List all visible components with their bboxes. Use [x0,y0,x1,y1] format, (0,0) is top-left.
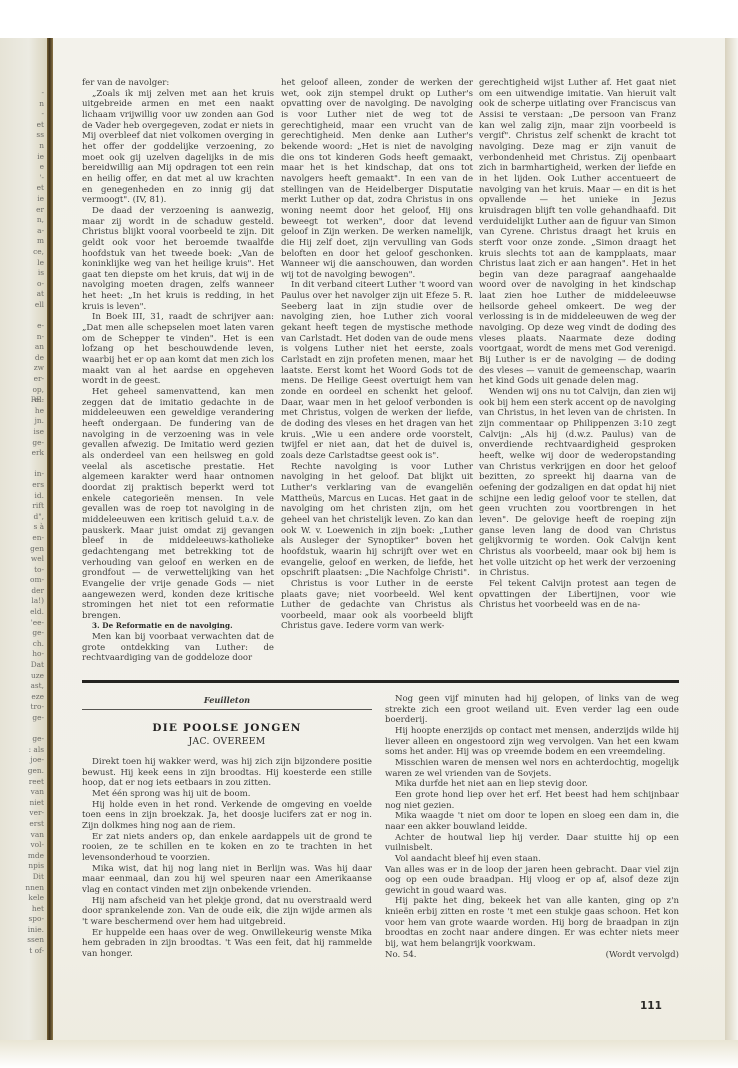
paragraph: Hij holde even in het rond. Verkende de … [82,800,372,832]
previous-page-edge: - n - et ss n ie e '- et ie er n, a- m c… [0,38,48,1068]
feuilleton-ending: No. 54. (Wordt vervolgd) [385,950,679,961]
article-column-3: gerechtigheid wijst Luther af. Het gaat … [479,78,676,611]
page-number: 111 [640,1000,662,1012]
paragraph: De daad der verzoening is aanwezig, maar… [82,206,274,313]
feuilleton-section-label: Feuilleton [82,695,372,705]
scan-top-margin [0,0,738,38]
to-be-continued-note: (Wordt vervolgd) [606,950,679,961]
article-column-2: het geloof alleen, zonder de werken der … [281,78,473,632]
paragraph: Mika waagde 't niet om door te lopen en … [385,811,679,832]
paragraph: het geloof alleen, zonder de werken der … [281,78,473,280]
paragraph: Hij nam afscheid van het plekje grond, d… [82,896,372,928]
installment-number: No. 54. [385,950,417,961]
paragraph: Mika durfde het niet aan en liep stevig … [385,779,679,790]
paragraph: Er zat niets anders op, dan enkele aarda… [82,832,372,864]
section-subheading: 3. De Reformatie en de navolging. [82,621,274,632]
paragraph: Met één sprong was hij uit de boom. [82,789,372,800]
paragraph: „Zoals ik mij zelven met aan het kruis u… [82,89,274,206]
scan-bottom-margin [0,1040,738,1068]
story-author: JAC. OVEREEM [82,736,372,747]
paragraph: Wenden wij ons nu tot Calvijn, dan zien … [479,387,676,579]
page-right-edge [725,38,738,1068]
paragraph: Hij pakte het ding, bekeek het van alle … [385,896,679,949]
paragraph: Misschien waren de mensen wel nors en ac… [385,758,679,779]
feuilleton-header-rule [82,709,372,710]
paragraph: Fel tekent Calvijn protest aan tegen de … [479,579,676,611]
paragraph: gerechtigheid wijst Luther af. Het gaat … [479,78,676,387]
paragraph: Er huppelde een haas over de weg. Onwill… [82,928,372,960]
paragraph: Het geheel samenvattend, kan men zeggen … [82,387,274,621]
paragraph: Nog geen vijf minuten had hij gelopen, o… [385,694,679,726]
paragraph: In dit verband citeert Luther 't woord v… [281,280,473,461]
paragraph: Achter de houtwal liep hij verder. Daar … [385,833,679,854]
section-divider-rule [82,680,679,683]
paragraph: Men kan bij voorbaat verwachten dat de g… [82,632,274,664]
paragraph: In Boek III, 31, raadt de schrijver aan:… [82,312,274,387]
paragraph: Van alles was er in de loop der jaren he… [385,865,679,897]
paragraph: fer van de navolger: [82,78,274,89]
paragraph: Een grote hond liep over het erf. Het be… [385,790,679,811]
paragraph: Hij hoopte enerzijds op contact met mens… [385,726,679,758]
paragraph: Direkt toen hij wakker werd, was hij zic… [82,757,372,789]
feuilleton-column-2: Nog geen vijf minuten had hij gelopen, o… [385,694,679,960]
paragraph: Mika wist, dat hij nog lang niet in Berl… [82,864,372,896]
feuilleton-column-1: Direkt toen hij wakker werd, was hij zic… [82,757,372,959]
previous-page-fragments-top: - n - et ss n ie e '- et ie er n, a- m c… [31,88,44,406]
story-title: DIE POOLSE JONGEN [82,722,372,734]
feuilleton-column-2-body: Nog geen vijf minuten had hij gelopen, o… [385,694,679,950]
article-column-1: fer van de navolger:„Zoals ik mij zelven… [82,78,274,664]
previous-page-fragments-middle: er- op, el- he jn. ise ge- erk in- ers i… [25,374,44,957]
paragraph: Vol aandacht bleef hij even staan. [385,854,679,865]
paragraph: Christus is voor Luther in de eerste pla… [281,579,473,632]
paragraph: Rechte navolging is voor Luther navolgin… [281,462,473,579]
